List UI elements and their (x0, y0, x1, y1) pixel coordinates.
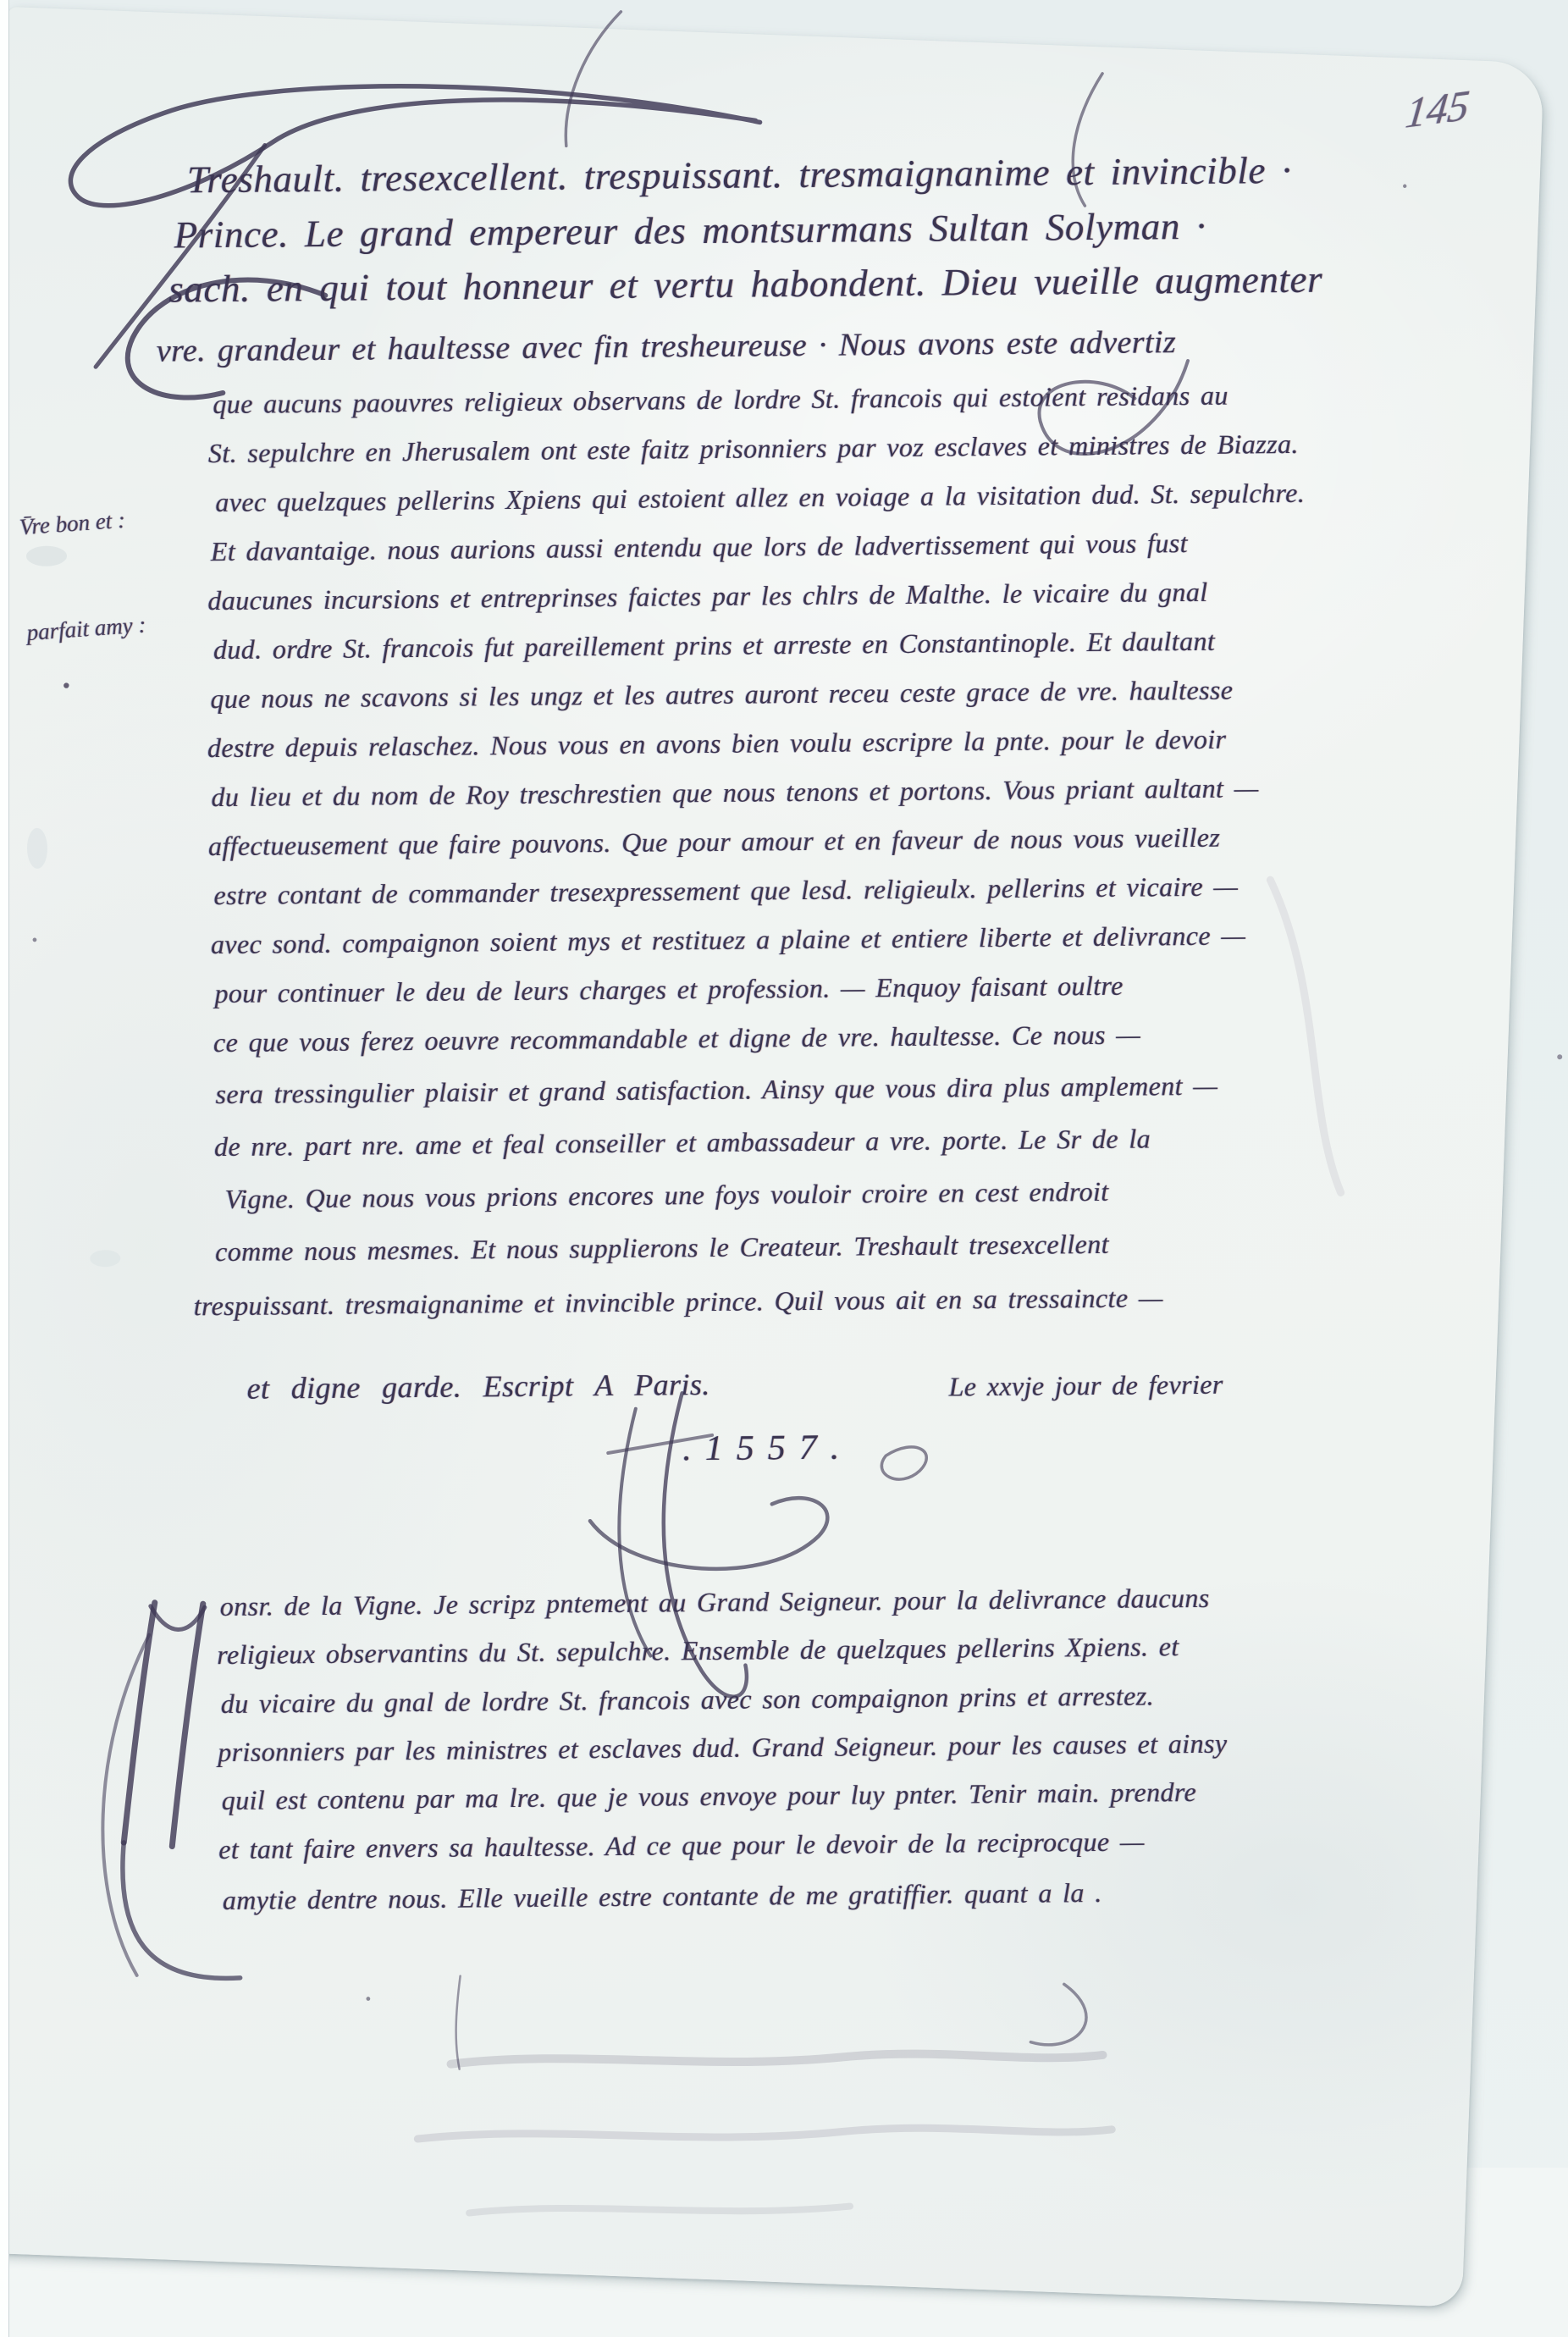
scanner-edge-strip (0, 0, 9, 2337)
letter-line: trespuissant. tresmaignanime et invincib… (194, 1284, 1163, 1319)
memo-line: quil est contenu par ma lre. que je vous… (222, 1778, 1197, 1814)
memo-line: religieux observantins du St. sepulchre.… (217, 1633, 1179, 1668)
letter-line: dud. ordre St. francois fut pareillement… (213, 627, 1216, 663)
letter-line: Treshault. tresexcellent. trespuissant. … (187, 152, 1292, 199)
letter-line: estre contant de commander tresexpressem… (213, 873, 1238, 909)
letter-line: affectueusement que faire pouvons. Que p… (208, 824, 1221, 859)
letter-line: Et davantaige. nous aurions aussi entend… (211, 529, 1188, 565)
memo-line: du vicaire du gnal de lordre St. francoi… (221, 1682, 1154, 1717)
letter-line: avec sond. compaignon soient mys et rest… (211, 921, 1246, 958)
memo-line: amytie dentre nous. Elle vueille estre c… (223, 1879, 1102, 1914)
margin-note-line-1: V̄re bon et : (19, 501, 141, 545)
letter-line: et digne garde. Escript A Paris. (246, 1369, 709, 1404)
folio-number: 145 (1404, 83, 1471, 135)
letter-line: avec quelzques pellerins Xpiens qui esto… (215, 479, 1305, 516)
manuscript-scan: 145 V̄re bon et : parfait amy : Treshaul… (0, 0, 1568, 2337)
year-1557: .1557. (682, 1430, 853, 1467)
letter-line: du lieu et du nom de Roy treschrestien q… (211, 774, 1258, 810)
letter-line: de nre. part nre. ame et feal conseiller… (214, 1124, 1151, 1160)
letter-line: que aucuns paouvres religieux observans … (213, 382, 1228, 417)
letter-line: daucunes incursions et entreprinses faic… (207, 578, 1207, 614)
letter-line: Vigne. Que nous vous prions encores une … (224, 1178, 1108, 1213)
margin-note: V̄re bon et : parfait amy : (14, 431, 152, 722)
letter-line: destre depuis relaschez. Nous vous en av… (207, 726, 1227, 762)
letter-line: sach. en qui tout honneur et vertu habon… (168, 261, 1322, 309)
letter-line: ce que vous ferez oeuvre recommandable e… (213, 1021, 1140, 1057)
tail-flourish (455, 1970, 1086, 2069)
letter-line: vre. grandeur et haultesse avec fin tres… (157, 326, 1177, 367)
memo-line: et tant faire envers sa haultesse. Ad ce… (218, 1828, 1145, 1864)
margin-note-line-2: parfait amy : (25, 608, 147, 652)
letter-line: pour continuer le deu de leurs charges e… (214, 972, 1124, 1007)
memo-line: prisonniers par les ministres et esclave… (218, 1730, 1227, 1765)
letter-line: que nous ne scavons si les ungz et les a… (210, 677, 1233, 713)
memo-line: onsr. de la Vigne. Je scripz pntement au… (220, 1584, 1210, 1620)
letter-line: sera tressingulier plaisir et grand sati… (215, 1072, 1217, 1108)
date-phrase: Le xxvje jour de fevrier (948, 1371, 1223, 1401)
letter-line: comme nous mesmes. Et nous supplierons l… (215, 1230, 1109, 1265)
handwriting-layer: 145 V̄re bon et : parfait amy : Treshaul… (0, 0, 1568, 2337)
letter-line: Prince. Le grand empereur des montsurman… (174, 207, 1206, 255)
letter-line: St. sepulchre en Jherusalem ont este fai… (208, 430, 1299, 467)
